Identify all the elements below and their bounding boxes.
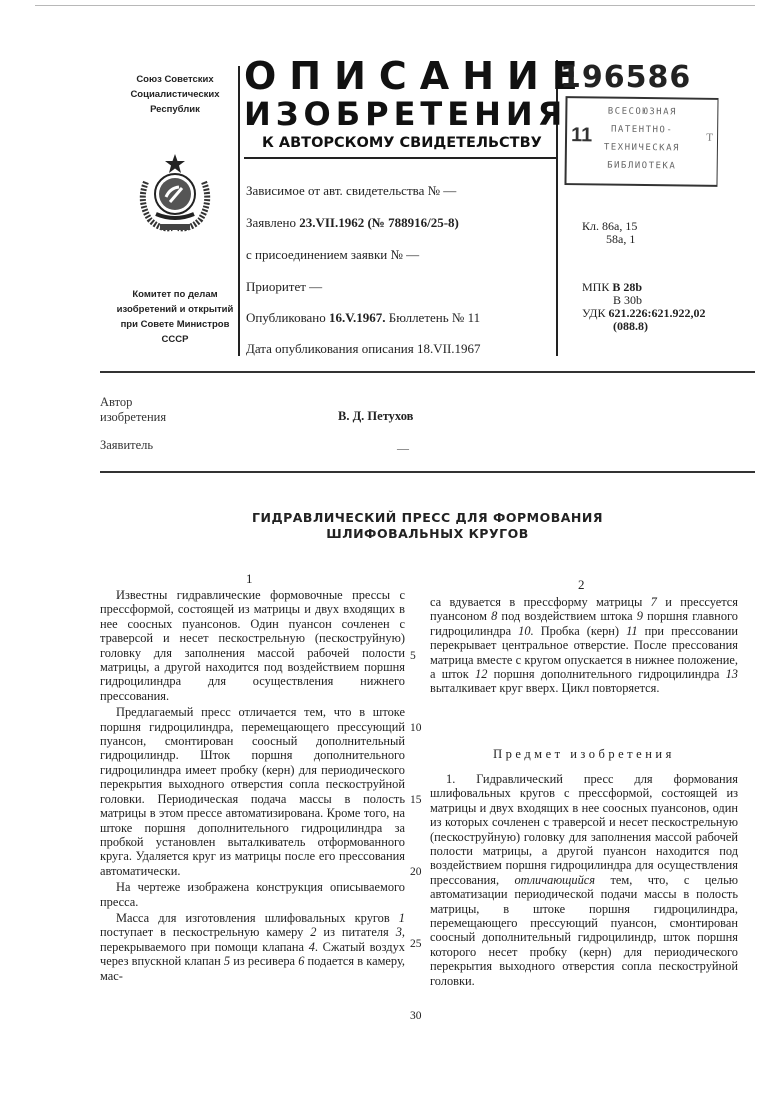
ussr-emblem-icon [132,152,218,238]
dependent-certificate: Зависимое от авт. свидетельства № — [246,183,556,199]
stamp-right-mark: Т [706,132,713,144]
line-number: 25 [410,938,422,950]
column-2-text: са вдувается в прессформу матрицы 7 и пр… [430,595,738,696]
published-date: 16.V.1967. [329,310,385,325]
committee-line-3: при Совете Министров [100,317,250,332]
emphasis: отличающийся [514,873,595,887]
priority: Приоритет — [246,279,556,295]
udk-value-1: 621.226:621.922,02 [608,306,705,320]
paragraph: Известны гидравлические формовочные прес… [100,588,405,703]
kl-label: Кл. [582,219,599,233]
column-1-text: Известны гидравлические формовочные прес… [100,588,405,983]
bulletin: Бюллетень № 11 [389,310,480,325]
committee-line-1: Комитет по делам [100,287,250,302]
author-rule-top [100,371,755,373]
claims-text: 1. Гидравлический пресс для формования ш… [430,772,738,988]
line-number: 5 [410,650,416,662]
line-number: 30 [410,1010,422,1022]
author-label-line-2: изобретения [100,410,166,425]
line-number: 20 [410,866,422,878]
mpk-label: МПК [582,280,609,294]
doc-type-title-line-1: ОПИСАНИЕ [244,56,591,96]
committee-line-2: изобретений и открытий [100,302,250,317]
patent-number: 196586 [560,62,691,94]
claim-1: 1. Гидравлический пресс для формования ш… [430,772,738,988]
top-edge-rule [35,5,755,6]
paragraph: са вдувается в прессформу матрицы 7 и пр… [430,595,738,696]
committee-line-4: СССР [100,332,250,347]
author-label: Автор изобретения [100,395,166,425]
column-number-2: 2 [578,577,585,593]
committee-name: Комитет по делам изобретений и открытий … [100,287,250,347]
author-rule-bottom [100,471,755,473]
header-divider-left [238,66,240,356]
invention-title: ГИДРАВЛИЧЕСКИЙ ПРЕСС ДЛЯ ФОРМОВАНИЯ ШЛИФ… [100,510,755,542]
claims-heading: Предмет изобретения [430,747,738,762]
udk-value-2: (088.8) [613,320,648,333]
line-number: 15 [410,794,422,806]
org-name: Союз Советских Социалистических Республи… [100,72,250,117]
published-info: Опубликовано 16.V.1967. Бюллетень № 11 [246,310,556,326]
org-line-1: Союз Советских [100,72,250,87]
doc-type-subtitle: К АВТОРСКОМУ СВИДЕТЕЛЬСТВУ [262,134,542,152]
stamp-left-mark: 11 [571,124,592,147]
published-label: Опубликовано [246,310,326,325]
mpk-value-1: B 28b [612,280,642,294]
description-publication-date: Дата опубликования описания 18.VII.1967 [246,341,556,357]
kl-value-1: 86a, 15 [602,219,637,233]
kl-value-2: 58a, 1 [606,233,635,246]
org-line-2: Социалистических [100,87,250,102]
org-line-3: Республик [100,102,250,117]
author-label-line-1: Автор [100,395,166,410]
filed-application: (№ 788916/25-8) [367,215,458,230]
subtitle-rule [244,157,556,159]
invention-title-line-2: ШЛИФОВАЛЬНЫХ КРУГОВ [100,526,755,542]
column-number-1: 1 [246,571,253,587]
stamp-line-1: ВСЕСОЮЗНАЯ [567,106,717,118]
udk-label: УДК [582,306,605,320]
joined-application: с присоединением заявки № — [246,247,556,263]
applicant-label: Заявитель [100,438,153,453]
line-number: 10 [410,722,422,734]
library-stamp: 11 Т ВСЕСОЮЗНАЯ ПАТЕНТНО- ТЕХНИЧЕСКАЯ БИ… [564,96,718,187]
paragraph: Предлагаемый пресс отличается тем, что в… [100,705,405,878]
author-name: В. Д. Петухов [338,409,413,424]
paragraph: На чертеже изображена конструкция описыв… [100,880,405,909]
filed-date: 23.VII.1962 [299,215,364,230]
filed-info: Заявлено 23.VII.1962 (№ 788916/25-8) [246,215,556,231]
applicant-value: — [397,441,409,456]
paragraph: Масса для изготовления шлифовальных круг… [100,911,405,983]
invention-title-line-1: ГИДРАВЛИЧЕСКИЙ ПРЕСС ДЛЯ ФОРМОВАНИЯ [100,510,755,526]
doc-type-title-line-2: ИЗОБРЕТЕНИЯ [244,97,567,131]
filed-label: Заявлено [246,215,296,230]
stamp-line-4: БИБЛИОТЕКА [567,160,717,172]
